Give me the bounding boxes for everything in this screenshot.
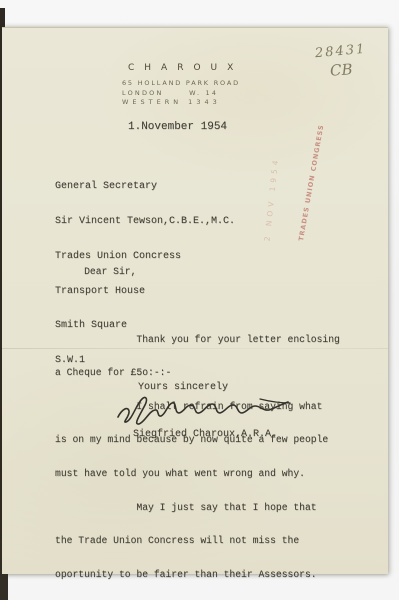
address-line: General Secretary: [55, 181, 235, 193]
salutation: Dear Sir,: [55, 266, 340, 277]
body-line: Thank you for your letter enclosing: [55, 334, 340, 345]
body-line: must have told you what went wrong and w…: [55, 468, 340, 479]
address-line: Sir Vincent Tewson,C.B.E.,M.C.: [55, 216, 235, 228]
scanned-letter-photo: CHAROUX 65 HOLLAND PARK ROAD LONDON W. 1…: [0, 0, 399, 600]
letterhead-phone: WESTERN 1343: [122, 98, 221, 106]
letterhead-city: LONDON W. 14: [122, 89, 218, 97]
date-line: 1.November 1954: [128, 121, 227, 133]
letterhead-address: 65 HOLLAND PARK ROAD: [122, 79, 240, 87]
body-line: [55, 300, 340, 311]
body-line: May I just say that I hope that: [55, 502, 340, 513]
body-line: the Trade Union Concress will not miss t…: [55, 535, 340, 546]
body-line: a Cheque for £5o:-:-: [55, 367, 340, 378]
body-line: oportunity to be fairer than their Asses…: [55, 569, 340, 580]
pencil-initials: CB: [329, 60, 353, 80]
letterhead-name: CHAROUX: [128, 63, 243, 73]
letter-paper: CHAROUX 65 HOLLAND PARK ROAD LONDON W. 1…: [2, 27, 388, 574]
received-stamp-date: 2 NOV 1954: [262, 154, 283, 245]
pencil-catalog-number: 28431: [314, 42, 366, 61]
handwritten-signature: [110, 390, 300, 432]
signer-name: Siegfried Charoux,A.R.A.: [133, 429, 277, 440]
received-stamp-organization: TRADES UNION CONGRESS: [297, 138, 327, 243]
